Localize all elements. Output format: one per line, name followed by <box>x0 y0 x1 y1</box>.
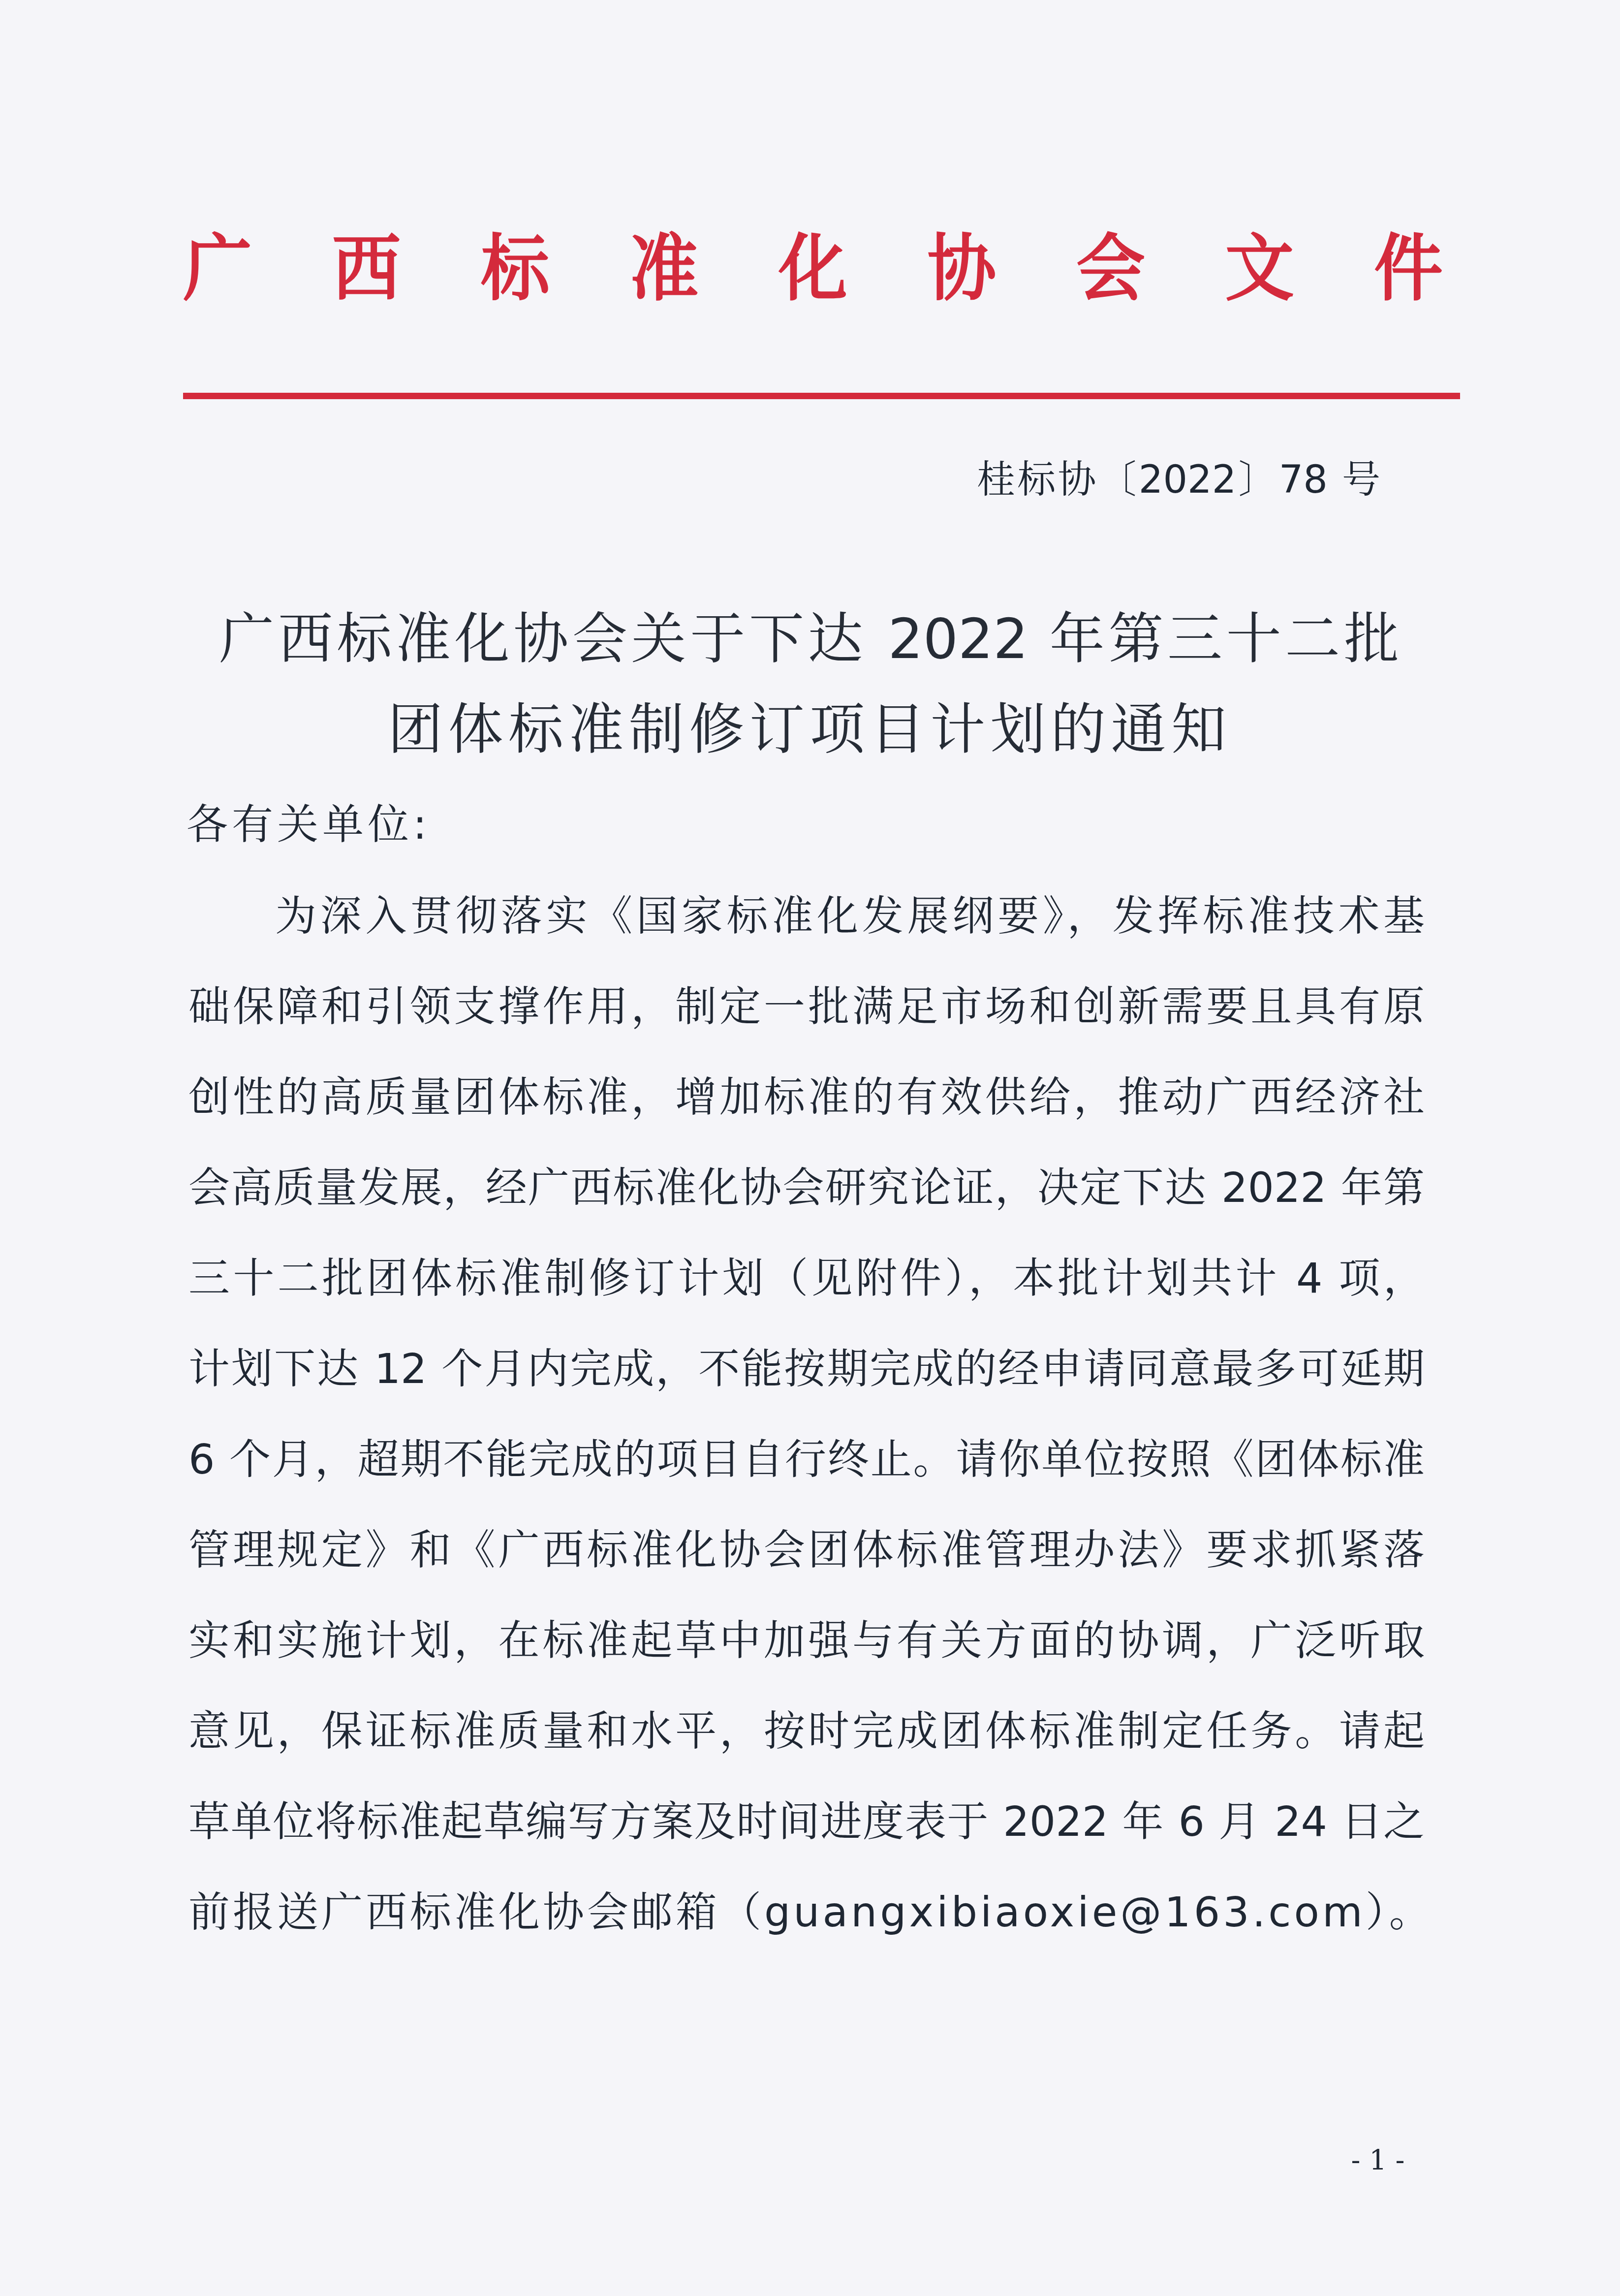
salutation: 各有关单位: <box>187 800 431 849</box>
body-line: 草单位将标准起草编写方案及时间进度表于 2022 年 6 月 24 日之 <box>188 1797 1425 1846</box>
body-line: 三十二批团体标准制修订计划（见附件），本批计划共计 4 项， <box>188 1254 1425 1303</box>
header-char: 件 <box>1374 225 1443 314</box>
header-char: 西 <box>332 225 401 314</box>
body-line: 实和实施计划，在标准起草中加强与有关方面的协调，广泛听取 <box>188 1616 1425 1665</box>
body-line: 础保障和引领支撑作用，制定一批满足市场和创新需要且具有原 <box>188 982 1425 1031</box>
body-line: 为深入贯彻落实《国家标准化发展纲要》，发挥标准技术基 <box>275 891 1425 941</box>
header-char: 准 <box>630 225 699 314</box>
document-header: 广 西 标 准 化 协 会 文 件 <box>183 227 1443 311</box>
body-line: 计划下达 12 个月内完成，不能按期完成的经申请同意最多可延期 <box>188 1344 1425 1393</box>
body-line-email: 前报送广西标准化协会邮箱（guangxibiaoxie@163.com）。 <box>188 1887 1433 1937</box>
page-number: - 1 - <box>1329 2141 1427 2180</box>
body-line: 管理规定》和《广西标准化协会团体标准管理办法》要求抓紧落 <box>188 1525 1425 1574</box>
document-number: 桂标协〔2022〕78 号 <box>977 455 1380 504</box>
body-line: 意见，保证标准质量和水平，按时完成团体标准制定任务。请起 <box>188 1706 1425 1756</box>
header-char: 会 <box>1076 225 1145 314</box>
body-line: 创性的高质量团体标准，增加标准的有效供给，推动广西经济社 <box>188 1072 1425 1122</box>
header-char: 标 <box>481 225 550 314</box>
document-title-line-1: 广西标准化协会关于下达 2022 年第三十二批 <box>219 607 1399 671</box>
header-red-rule <box>183 393 1460 399</box>
header-char: 协 <box>928 225 997 314</box>
header-char: 文 <box>1225 225 1294 314</box>
header-char: 广 <box>183 225 252 314</box>
body-line: 会高质量发展，经广西标准化协会研究论证，决定下达 2022 年第 <box>188 1163 1425 1212</box>
body-line: 6 个月，超期不能完成的项目自行终止。请你单位按照《团体标准 <box>188 1435 1425 1484</box>
document-title-line-2: 团体标准制修订项目计划的通知 <box>388 698 1226 762</box>
header-char: 化 <box>779 225 847 314</box>
